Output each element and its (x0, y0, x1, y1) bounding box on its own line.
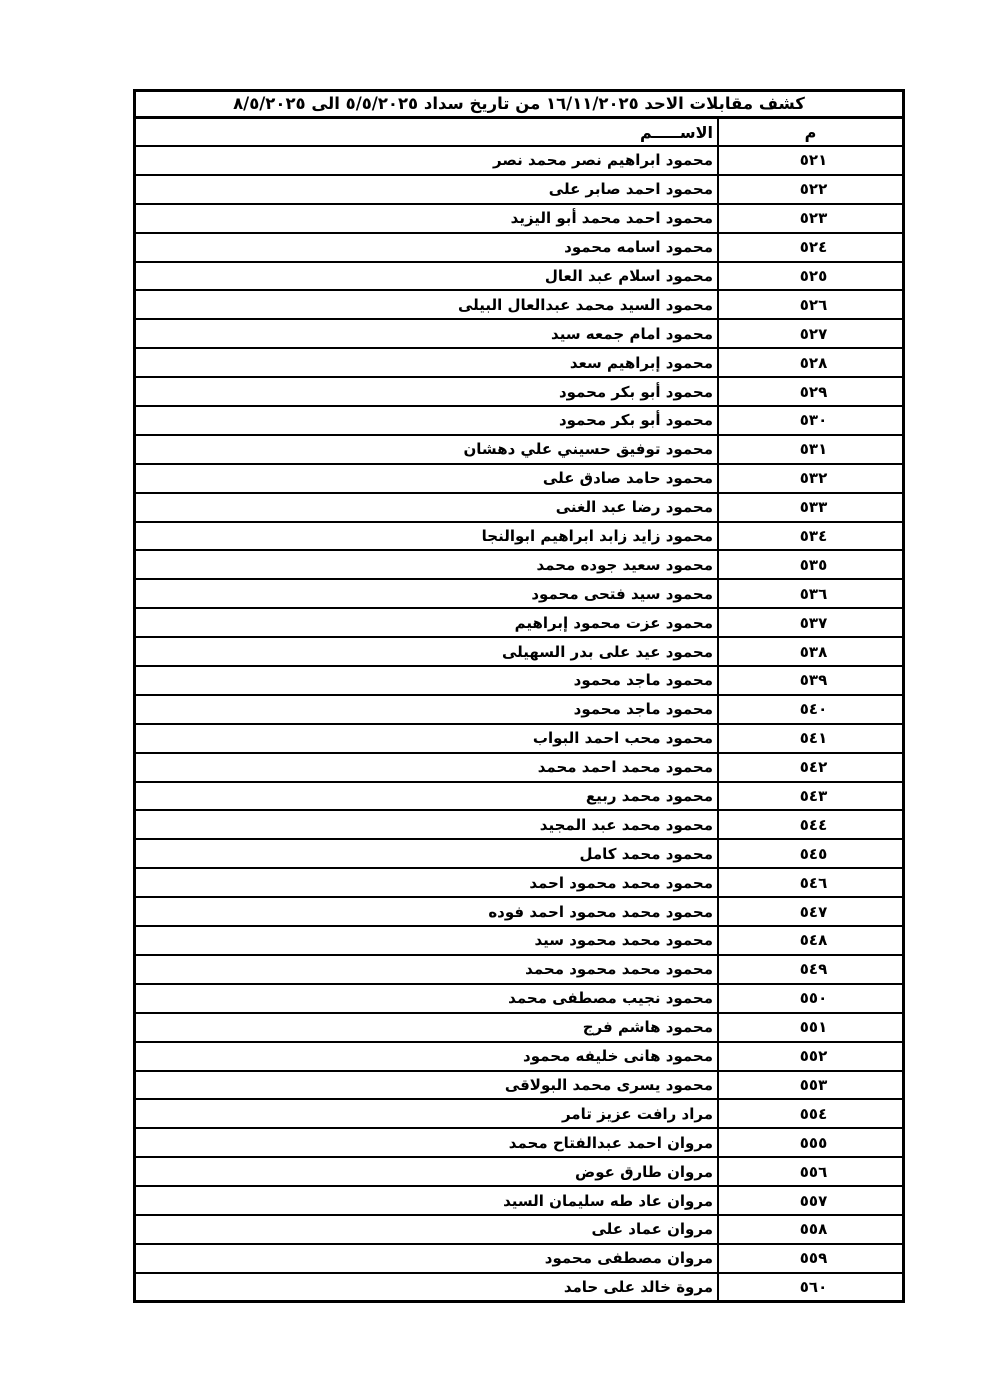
row-serial: ٥٤٣ (717, 783, 902, 810)
row-name: محمود محمد كامل (136, 840, 717, 867)
row-serial: ٥٢٤ (717, 234, 902, 261)
column-header-name: الاســـــم (136, 119, 717, 145)
row-serial: ٥٣١ (717, 436, 902, 463)
row-serial: ٥٢٩ (717, 378, 902, 405)
row-serial-value: ٥٣٤ (794, 527, 827, 545)
row-name: محمود محمد محمود محمد (136, 956, 717, 983)
row-serial: ٥٣٥ (717, 551, 902, 578)
row-serial: ٥٢٨ (717, 349, 902, 376)
table-row: ٥٤٤محمود محمد عبد المجيد (136, 811, 902, 840)
row-serial: ٥٥٨ (717, 1216, 902, 1243)
row-serial: ٥٥٣ (717, 1072, 902, 1099)
row-serial: ٥٢١ (717, 147, 902, 174)
row-serial: ٥٤٢ (717, 754, 902, 781)
table-row: ٥٥٤مراد رافت عزيز تامر (136, 1100, 902, 1129)
row-name: مروان مصطفى محمود (136, 1245, 717, 1272)
row-name: محمود توفيق حسيني علي دهشان (136, 436, 717, 463)
row-serial: ٥٣٧ (717, 609, 902, 636)
row-name: محمود أبو بكر محمود (136, 378, 717, 405)
row-name: محمود هاشم فرج (136, 1014, 717, 1041)
row-serial-value: ٥٦٠ (794, 1278, 827, 1296)
row-name: محمود نجيب مصطفى محمد (136, 985, 717, 1012)
row-serial-value: ٥٥٨ (794, 1220, 827, 1238)
row-serial-value: ٥٢٢ (794, 180, 827, 198)
table-row: ٥٢٥محمود اسلام عبد العال (136, 263, 902, 292)
row-serial: ٥٤٥ (717, 840, 902, 867)
row-serial-value: ٥٥٤ (794, 1105, 827, 1123)
row-serial-value: ٥٥٦ (794, 1163, 827, 1181)
row-name: مروان احمد عبدالفتاح محمد (136, 1129, 717, 1156)
row-name: محمود هانى خليفه محمود (136, 1043, 717, 1070)
row-serial: ٥٥٢ (717, 1043, 902, 1070)
row-serial-value: ٥٥٥ (794, 1134, 827, 1152)
row-serial: ٥٥٩ (717, 1245, 902, 1272)
row-name: محمود محمد احمد محمد (136, 754, 717, 781)
row-serial-value: ٥٢٧ (794, 325, 827, 343)
row-serial-value: ٥٤٠ (794, 700, 827, 718)
row-name: محمود السيد محمد عبدالعال البيلى (136, 291, 717, 318)
table-row: ٥٤٩محمود محمد محمود محمد (136, 956, 902, 985)
row-serial-value: ٥٣٨ (794, 643, 827, 661)
row-name: محمود حامد صادق على (136, 465, 717, 492)
interview-list-document: كشف مقابلات الاحد ١٦/١١/٢٠٢٥ من تاريخ سد… (133, 89, 905, 1303)
row-serial: ٥٥١ (717, 1014, 902, 1041)
row-serial-value: ٥٤٤ (794, 816, 827, 834)
table-row: ٥٤٨محمود محمد محمود سيد (136, 927, 902, 956)
row-serial-value: ٥٣٧ (794, 614, 827, 632)
row-name: محمود محمد محمود احمد فوده (136, 898, 717, 925)
row-name: محمود محمد ربيع (136, 783, 717, 810)
row-name: محمود سعيد جوده محمد (136, 551, 717, 578)
row-serial: ٥٣٠ (717, 407, 902, 434)
row-serial-value: ٥٢٨ (794, 354, 827, 372)
row-serial-value: ٥٣٩ (794, 671, 827, 689)
table-row: ٥٥٧مروان عاد طه سليمان السيد (136, 1187, 902, 1216)
row-serial-value: ٥٤٣ (794, 787, 827, 805)
row-name: مروة خالد على حامد (136, 1274, 717, 1300)
row-serial: ٥٣٦ (717, 580, 902, 607)
row-name: محمود امام جمعه سيد (136, 320, 717, 347)
row-serial-value: ٥٢٩ (794, 383, 827, 401)
table-row: ٥٥٨مروان عماد على (136, 1216, 902, 1245)
row-serial: ٥٢٢ (717, 176, 902, 203)
row-serial-value: ٥٤٢ (794, 758, 827, 776)
table-row: ٥٥٩مروان مصطفى محمود (136, 1245, 902, 1274)
row-serial-value: ٥٥٩ (794, 1249, 827, 1267)
row-name: محمود محمد عبد المجيد (136, 811, 717, 838)
column-header-serial: م (717, 119, 902, 145)
table-row: ٥٣٨محمود عيد على بدر السهيلى (136, 638, 902, 667)
row-name: محمود إبراهيم سعد (136, 349, 717, 376)
table-row: ٥٥٢محمود هانى خليفه محمود (136, 1043, 902, 1072)
row-serial: ٥٤٨ (717, 927, 902, 954)
table-row: ٥٣٤محمود زايد زابد ابراهيم ابوالنجا (136, 523, 902, 552)
row-serial: ٥٦٠ (717, 1274, 902, 1300)
table-row: ٥٤٠محمود ماجد محمود (136, 696, 902, 725)
table-row: ٥٦٠مروة خالد على حامد (136, 1274, 902, 1300)
table-row: ٥٢١محمود ابراهيم نصر محمد نصر (136, 147, 902, 176)
table-row: ٥٣٩محمود ماجد محمود (136, 667, 902, 696)
row-name: محمود احمد محمد أبو اليزيد (136, 205, 717, 232)
row-serial-value: ٥٤٦ (794, 874, 827, 892)
table-row: ٥٣٦محمود سيد فتحى محمود (136, 580, 902, 609)
table-row: ٥٣٢محمود حامد صادق على (136, 465, 902, 494)
table-row: ٥٢٨محمود إبراهيم سعد (136, 349, 902, 378)
row-serial-value: ٥٣٦ (794, 585, 827, 603)
row-name: محمود أبو بكر محمود (136, 407, 717, 434)
row-name: محمود سيد فتحى محمود (136, 580, 717, 607)
row-serial-value: ٥٢٤ (794, 238, 827, 256)
row-name: محمود محمد محمود احمد (136, 869, 717, 896)
table-row: ٥٤٥محمود محمد كامل (136, 840, 902, 869)
row-serial: ٥٤٩ (717, 956, 902, 983)
row-name: محمود اسامه محمود (136, 234, 717, 261)
table-row: ٥٤٢محمود محمد احمد محمد (136, 754, 902, 783)
row-serial-value: ٥٣٢ (794, 469, 827, 487)
table-row: ٥٤٣محمود محمد ربيع (136, 783, 902, 812)
table-row: ٥٥٦مروان طارق عوض (136, 1158, 902, 1187)
row-name: محمود رضا عبد الغنى (136, 494, 717, 521)
row-serial: ٥٤٠ (717, 696, 902, 723)
table: م الاســـــم ٥٢١محمود ابراهيم نصر محمد ن… (136, 119, 902, 1300)
table-row: ٥٥١محمود هاشم فرج (136, 1014, 902, 1043)
table-row: ٥٤١محمود محب احمد البواب (136, 725, 902, 754)
table-row: ٥٢٢محمود احمد صابر على (136, 176, 902, 205)
row-name: محمود ابراهيم نصر محمد نصر (136, 147, 717, 174)
row-serial: ٥٤٧ (717, 898, 902, 925)
row-serial: ٥٥٧ (717, 1187, 902, 1214)
row-serial-value: ٥٢٣ (794, 209, 827, 227)
table-row: ٥٣٧محمود عزت محمود إبراهيم (136, 609, 902, 638)
document-title: كشف مقابلات الاحد ١٦/١١/٢٠٢٥ من تاريخ سد… (136, 92, 902, 119)
row-name: محمود احمد صابر على (136, 176, 717, 203)
row-serial-value: ٥٢١ (794, 151, 827, 169)
row-serial: ٥٣٨ (717, 638, 902, 665)
row-serial: ٥٢٣ (717, 205, 902, 232)
table-row: ٥٣١محمود توفيق حسيني علي دهشان (136, 436, 902, 465)
row-serial-value: ٥٤٥ (794, 845, 827, 863)
row-name: محمود اسلام عبد العال (136, 263, 717, 290)
row-serial-value: ٥٥٧ (794, 1192, 827, 1210)
row-serial-value: ٥٤١ (794, 729, 827, 747)
table-row: ٥٥٠محمود نجيب مصطفى محمد (136, 985, 902, 1014)
row-serial: ٥٣٩ (717, 667, 902, 694)
row-name: محمود محمد محمود سيد (136, 927, 717, 954)
row-serial-value: ٥٣١ (794, 440, 827, 458)
row-serial-value: ٥٣٥ (794, 556, 827, 574)
row-name: مروان عاد طه سليمان السيد (136, 1187, 717, 1214)
row-serial-value: ٥٤٩ (794, 960, 827, 978)
table-row: ٥٤٧محمود محمد محمود احمد فوده (136, 898, 902, 927)
row-serial: ٥٢٧ (717, 320, 902, 347)
row-name: مروان عماد على (136, 1216, 717, 1243)
table-row: ٥٢٦محمود السيد محمد عبدالعال البيلى (136, 291, 902, 320)
row-serial-value: ٥٤٨ (794, 931, 827, 949)
row-serial-value: ٥٣٠ (794, 411, 827, 429)
row-name: مروان طارق عوض (136, 1158, 717, 1185)
row-serial: ٥٥٦ (717, 1158, 902, 1185)
row-serial-value: ٥٤٧ (794, 903, 827, 921)
row-name: محمود ماجد محمود (136, 667, 717, 694)
row-serial-value: ٥٥٣ (794, 1076, 827, 1094)
row-name: محمود يسرى محمد البولاقى (136, 1072, 717, 1099)
row-name: محمود عزت محمود إبراهيم (136, 609, 717, 636)
table-row: ٥٥٥مروان احمد عبدالفتاح محمد (136, 1129, 902, 1158)
row-name: محمود زايد زابد ابراهيم ابوالنجا (136, 523, 717, 550)
row-serial: ٥٢٥ (717, 263, 902, 290)
table-header-row: م الاســـــم (136, 119, 902, 147)
row-serial: ٥٥٥ (717, 1129, 902, 1156)
row-serial-value: ٥٢٥ (794, 267, 827, 285)
row-serial: ٥٤٦ (717, 869, 902, 896)
row-name: محمود محب احمد البواب (136, 725, 717, 752)
row-serial-value: ٥٣٣ (794, 498, 827, 516)
table-row: ٥٤٦محمود محمد محمود احمد (136, 869, 902, 898)
row-name: مراد رافت عزيز تامر (136, 1100, 717, 1127)
table-row: ٥٢٧محمود امام جمعه سيد (136, 320, 902, 349)
row-serial: ٥٣٤ (717, 523, 902, 550)
table-row: ٥٣٠محمود أبو بكر محمود (136, 407, 902, 436)
row-name: محمود عيد على بدر السهيلى (136, 638, 717, 665)
row-serial-value: ٥٥١ (794, 1018, 827, 1036)
table-row: ٥٣٣محمود رضا عبد الغنى (136, 494, 902, 523)
table-row: ٥٣٥محمود سعيد جوده محمد (136, 551, 902, 580)
row-serial: ٥٣٢ (717, 465, 902, 492)
row-serial: ٥٢٦ (717, 291, 902, 318)
row-serial: ٥٤١ (717, 725, 902, 752)
row-serial: ٥٤٤ (717, 811, 902, 838)
table-body: ٥٢١محمود ابراهيم نصر محمد نصر٥٢٢محمود اح… (136, 147, 902, 1300)
row-serial-value: ٥٥٠ (794, 989, 827, 1007)
table-row: ٥٥٣محمود يسرى محمد البولاقى (136, 1072, 902, 1101)
table-row: ٥٢٣محمود احمد محمد أبو اليزيد (136, 205, 902, 234)
row-serial-value: ٥٢٦ (794, 296, 827, 314)
row-serial: ٥٣٣ (717, 494, 902, 521)
row-serial: ٥٥٤ (717, 1100, 902, 1127)
row-serial-value: ٥٥٢ (794, 1047, 827, 1065)
row-name: محمود ماجد محمود (136, 696, 717, 723)
row-serial: ٥٥٠ (717, 985, 902, 1012)
table-row: ٥٢٤محمود اسامه محمود (136, 234, 902, 263)
table-row: ٥٢٩محمود أبو بكر محمود (136, 378, 902, 407)
